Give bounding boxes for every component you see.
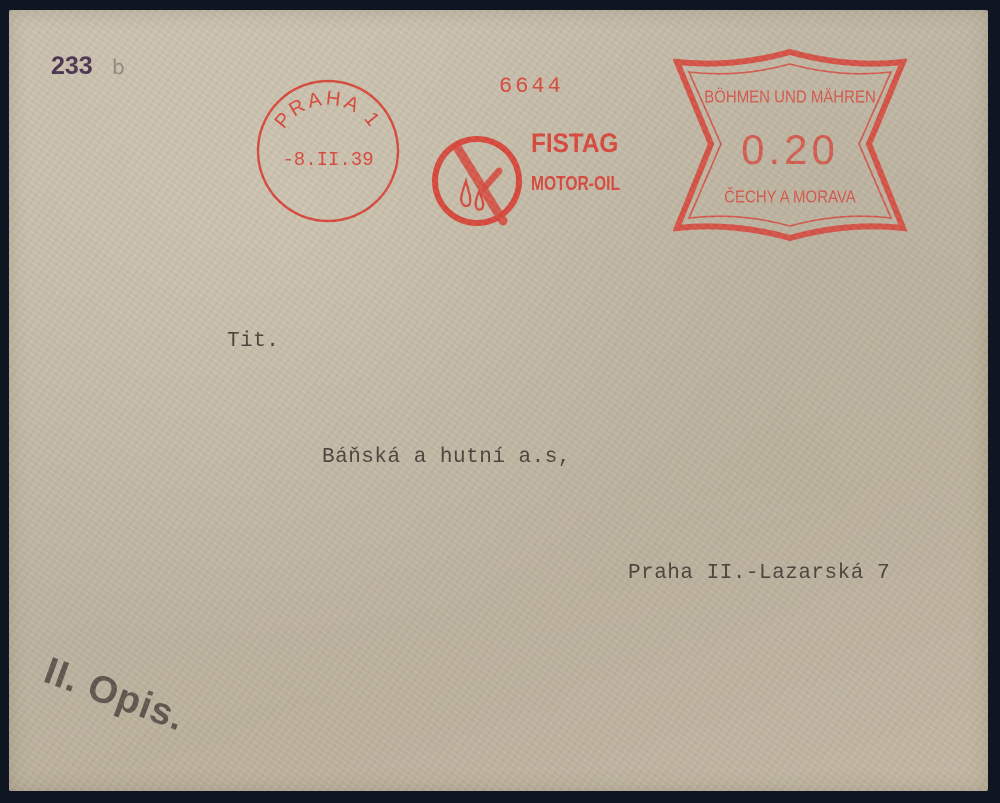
meter-value-stamp: BÖHMEN UND MÄHREN 0.20 ČECHY A MORAVA — [673, 46, 907, 242]
oil-dropper-circle-icon — [429, 133, 525, 229]
value-stamp-bottom-text: ČECHY A MORAVA — [724, 186, 856, 206]
ad-brand: FISTAG — [531, 128, 618, 159]
copy-handstamp: II. Opis. — [38, 650, 190, 740]
address-company: Báňská a hutní a.s, — [322, 446, 571, 469]
meter-number: 6644 — [499, 74, 564, 99]
postmark-praha: PRAHA 1 -8.II.39 — [255, 78, 401, 224]
archive-number-suffix: b — [112, 55, 125, 79]
value-stamp-top-text: BÖHMEN UND MÄHREN — [704, 87, 876, 106]
archive-number: 233 — [51, 52, 93, 81]
value-stamp-amount: 0.20 — [741, 126, 839, 173]
ad-product: MOTOR-OIL — [531, 173, 620, 196]
address-street: Praha II.-Lazarská 7 — [628, 562, 890, 585]
envelope: 233 b PRAHA 1 -8.II.39 6644 FISTAG MOTOR… — [9, 10, 988, 791]
address-salutation: Tit. — [227, 330, 279, 353]
postmark-date: -8.II.39 — [282, 149, 373, 171]
